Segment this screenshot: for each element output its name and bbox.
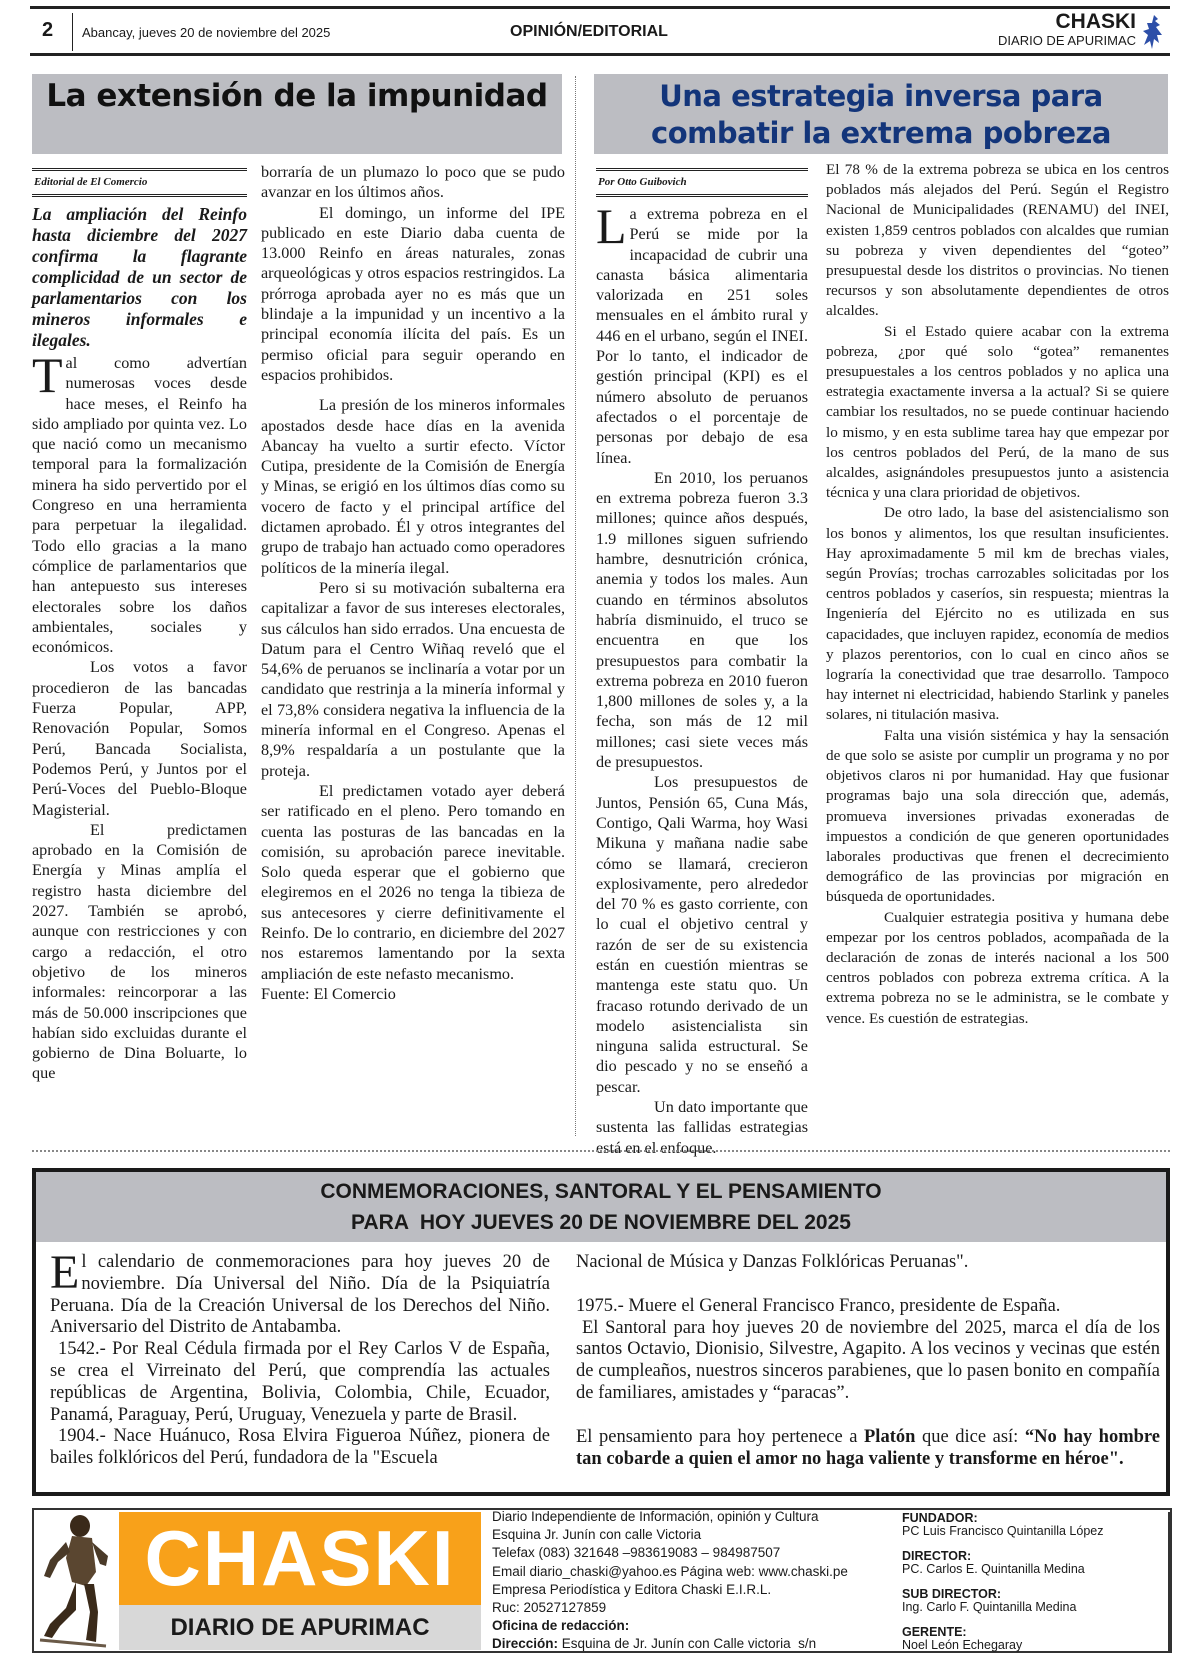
drop-cap: E: [50, 1254, 79, 1292]
section-divider: [32, 1150, 1170, 1152]
article1-byline: Editorial de El Comercio: [32, 168, 247, 197]
event-1904-cont: Nacional de Música y Danzas Folklóricas …: [576, 1252, 1160, 1274]
brand-subtitle: DIARIO DE APURIMAC: [998, 33, 1136, 49]
article1-lead: La ampliación del Reinfo hasta diciembre…: [32, 204, 247, 351]
staff-name: PC Luis Francisco Quintanilla López: [902, 1525, 1168, 1538]
edition-date: Abancay, jueves 20 de noviembre del 2025: [82, 25, 330, 40]
publisher-info: Diario Independiente de Información, opi…: [492, 1508, 848, 1654]
santoral: El Santoral para hoy jueves 20 de noviem…: [576, 1318, 1160, 1405]
article2-paragraph: Un dato importante que sustenta las fall…: [596, 1097, 808, 1158]
masthead-logo: CHASKI: [119, 1512, 481, 1605]
article2-paragraph: Los presupuestos de Juntos, Pensión 65, …: [596, 772, 808, 1097]
article1-paragraph: El domingo, un informe del IPE publicado…: [261, 203, 565, 386]
article1-paragraph: La presión de los mineros informales apo…: [261, 395, 565, 578]
article2-paragraph: Si el Estado quiere acabar con la extrem…: [826, 322, 1169, 504]
event-1975: 1975.- Muere el General Francisco Franco…: [576, 1296, 1160, 1318]
staff-name: Noel León Echegaray: [902, 1639, 1168, 1652]
article2-paragraph: Cualquier estrategia positiva y humana d…: [826, 908, 1169, 1029]
article1-paragraph: El predictamen aprobado en la Comisión d…: [32, 820, 247, 1084]
article1-source: Fuente: El Comercio: [261, 984, 565, 1004]
header-divider: [72, 13, 73, 51]
article1-column2: borraría de un plumazo lo poco que se pu…: [261, 162, 565, 1004]
article2-paragraph: De otro lado, la base del asistencialism…: [826, 503, 1169, 725]
staff-name: PC. Carlos E. Quintanilla Medina: [902, 1563, 1168, 1576]
event-1904: 1904.- Nace Huánuco, Rosa Elvira Figuero…: [50, 1426, 550, 1470]
article1-paragraph: Tal como advertían numerosas voces desde…: [32, 353, 247, 657]
masthead-subtitle: DIARIO DE APURIMAC: [119, 1605, 481, 1650]
masthead-footer: CHASKI DIARIO DE APURIMAC Diario Indepen…: [32, 1508, 1172, 1653]
drop-cap: T: [32, 355, 63, 395]
address: Dirección: Esquina de Jr. Junín con Call…: [492, 1635, 848, 1653]
header-brand: CHASKI DIARIO DE APURIMAC: [998, 11, 1136, 49]
article2-paragraph: La extrema pobreza en el Perú se mide po…: [596, 204, 808, 468]
article1-column1: La ampliación del Reinfo hasta diciembre…: [32, 204, 247, 1084]
commemorations-intro: El calendario de conmemoraciones para ho…: [50, 1252, 550, 1339]
staff-name: Ing. Carlo F. Quintanilla Medina: [902, 1601, 1168, 1614]
article2-byline: Por Otto Guibovich: [596, 168, 808, 197]
page-number: 2: [42, 19, 53, 42]
office-label: Oficina de redacción:: [492, 1617, 848, 1635]
contact-email-web: Email diario_chaski@yahoo.es Página web:…: [492, 1563, 848, 1581]
commemorations-title: CONMEMORACIONES, SANTORAL Y EL PENSAMIEN…: [36, 1172, 1166, 1242]
chaski-runner-illustration-icon: [36, 1512, 116, 1650]
article1-paragraph: Los votos a favor procedieron de las ban…: [32, 657, 247, 819]
article1-paragraph: El predictamen votado ayer deberá ser ra…: [261, 781, 565, 984]
commemorations-column2: Nacional de Música y Danzas Folklóricas …: [576, 1252, 1160, 1470]
page-header: 2 Abancay, jueves 20 de noviembre del 20…: [30, 6, 1170, 56]
article2-title: Una estrategia inversa para combatir la …: [594, 74, 1168, 154]
chaski-runner-icon: [1140, 13, 1166, 53]
event-1542: 1542.- Por Real Cédula firmada por el Re…: [50, 1339, 550, 1426]
article2-column1: La extrema pobreza en el Perú se mide po…: [596, 204, 808, 1158]
article2-column2: El 78 % de la extrema pobreza se ubica e…: [826, 160, 1169, 1029]
brand-name: CHASKI: [998, 11, 1136, 33]
column-divider: [575, 76, 576, 1136]
article2-paragraph: Falta una visión sistémica y hay la sens…: [826, 726, 1169, 908]
thought-of-day: El pensamiento para hoy pertenece a Plat…: [576, 1427, 1160, 1471]
commemorations-column1: El calendario de conmemoraciones para ho…: [50, 1252, 550, 1470]
ruc: Ruc: 20527127859: [492, 1599, 848, 1617]
commemorations-box: CONMEMORACIONES, SANTORAL Y EL PENSAMIEN…: [32, 1168, 1170, 1496]
article2-paragraph: En 2010, los peruanos en extrema pobreza…: [596, 468, 808, 772]
thought-author: Platón: [864, 1427, 915, 1447]
article1-paragraph: borraría de un plumazo lo poco que se pu…: [261, 162, 565, 203]
section-title: OPINIÓN/EDITORIAL: [510, 23, 668, 41]
drop-cap: L: [596, 206, 627, 246]
article1-paragraph: Pero si su motivación subalterna era cap…: [261, 578, 565, 781]
article1-title: La extensión de la impunidad: [32, 74, 562, 154]
article2-paragraph: El 78 % de la extrema pobreza se ubica e…: [826, 160, 1169, 322]
staff-list: FUNDADOR: PC Luis Francisco Quintanilla …: [902, 1512, 1170, 1653]
